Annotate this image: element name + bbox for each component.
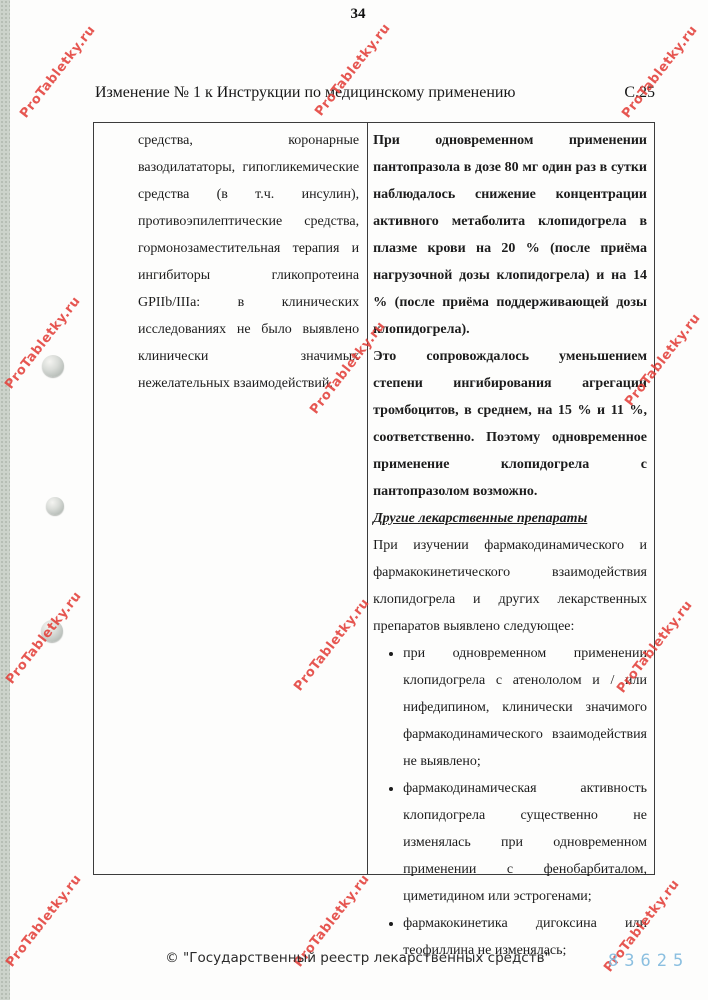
copyright-footer: © "Государственный реестр лекарственных …	[0, 950, 708, 966]
watermark-text: ProTabletky.ru	[17, 23, 98, 121]
bullet-item: фармакодинамическая активность клопидогр…	[403, 775, 647, 910]
watermark-text: ProTabletky.ru	[312, 21, 393, 119]
document-header: Изменение № 1 к Инструкции по медицинско…	[95, 84, 655, 102]
scanned-document-page: 34 Изменение № 1 к Инструкции по медицин…	[0, 0, 708, 1000]
watermark-text: ProTabletky.ru	[2, 294, 83, 392]
hole-punch-mark	[41, 620, 63, 642]
pantoprazole-paragraph: При одновременном применении пантопразол…	[373, 127, 647, 343]
header-title: Изменение № 1 к Инструкции по медицинско…	[95, 84, 515, 102]
study-paragraph: При изучении фармакодинамического и фарм…	[373, 532, 647, 640]
interaction-bullet-list: при одновременном применении клопидогрел…	[387, 640, 647, 964]
hole-punch-mark	[42, 355, 64, 377]
interactions-table: средства, коронарные вазодилататоры, гип…	[93, 122, 655, 875]
table-cell-right: При одновременном применении пантопразол…	[368, 123, 654, 874]
other-drugs-heading: Другие лекарственные препараты	[373, 505, 647, 532]
table-cell-left: средства, коронарные вазодилататоры, гип…	[94, 123, 368, 874]
left-column-paragraph: средства, коронарные вазодилататоры, гип…	[138, 127, 359, 397]
page-number: 34	[0, 6, 708, 23]
hole-punch-mark	[46, 497, 64, 515]
bullet-item: при одновременном применении клопидогрел…	[403, 640, 647, 775]
watermark-text: ProTabletky.ru	[619, 23, 700, 121]
inhibition-paragraph: Это сопровождалось уменьшением степени и…	[373, 343, 647, 505]
registry-stamp-number: 83625	[608, 951, 689, 971]
scan-edge-strip	[0, 0, 10, 1000]
header-page-ref: С.25	[624, 84, 655, 102]
